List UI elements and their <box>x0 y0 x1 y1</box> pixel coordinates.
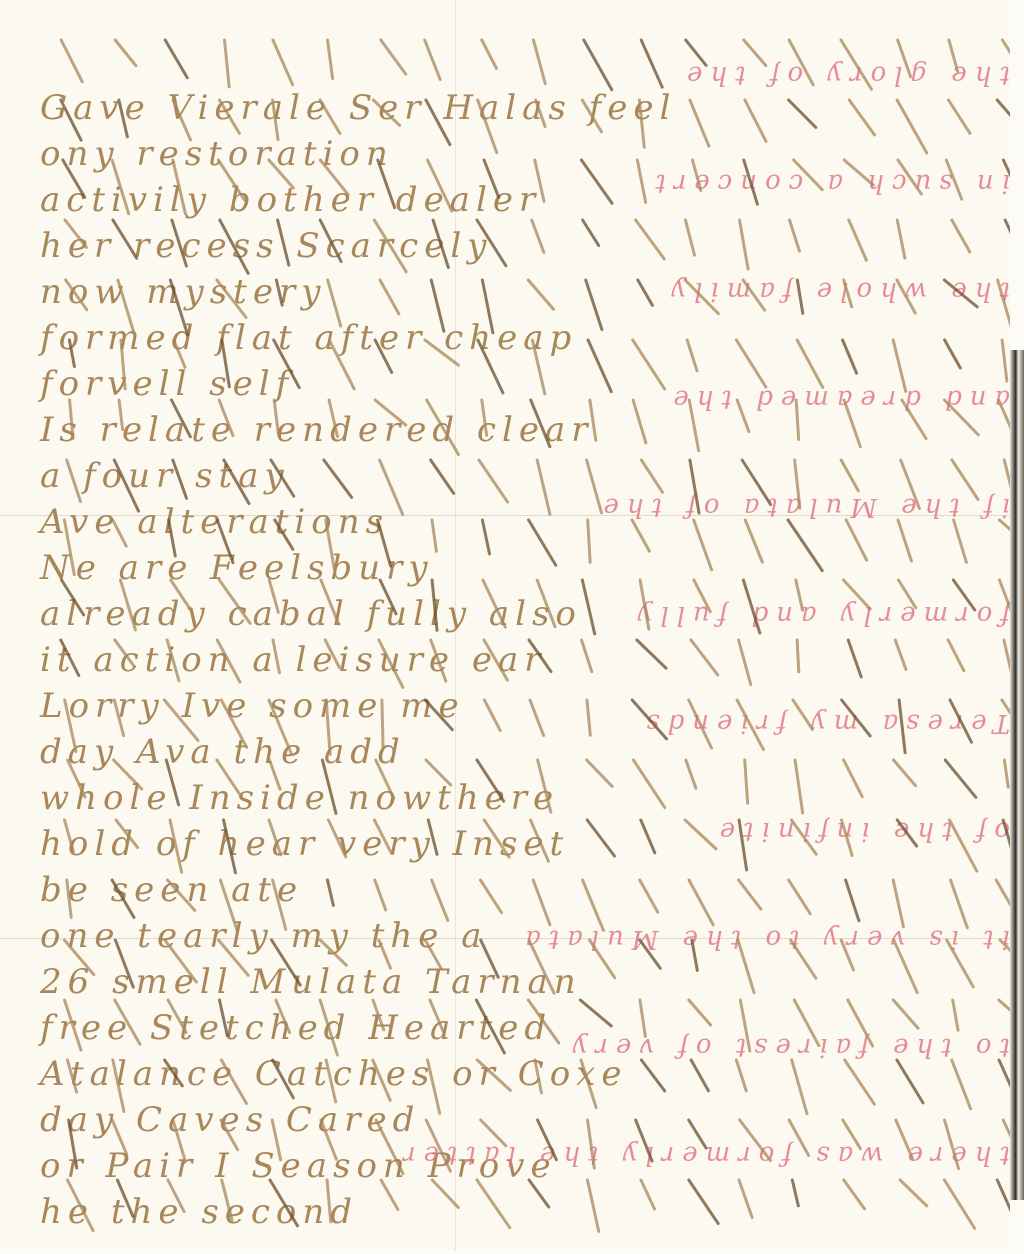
page-edge-binding <box>1010 350 1024 1200</box>
cross-written-strokes <box>0 0 1010 1250</box>
letter-page: Gave Vierale Ser Halas feelony restorati… <box>0 0 1010 1250</box>
